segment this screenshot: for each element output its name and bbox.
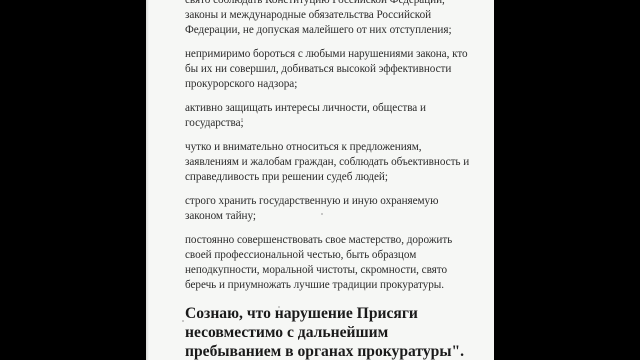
scan-speck: [182, 320, 184, 322]
paragraph-improve-mastery: постоянно совершенствовать свое мастерст…: [185, 233, 485, 293]
scan-speck: [241, 118, 243, 120]
scanned-page: свято соблюдать Конституцию Российской Ф…: [146, 0, 494, 360]
closing-statement: Сознаю, что нарушение Присяги несовмести…: [185, 304, 485, 360]
paragraph-citizen-appeals: чутко и внимательно относиться к предлож…: [185, 140, 485, 185]
paragraph-keep-secrets: строго хранить государственную и иную ох…: [185, 194, 485, 224]
oath-text: свято соблюдать Конституцию Российской Ф…: [185, 0, 485, 360]
document-viewer: свято соблюдать Конституцию Российской Ф…: [0, 0, 640, 360]
paragraph-fight-violations: непримиримо бороться с любыми нарушениям…: [185, 47, 485, 92]
scan-speck: [321, 213, 323, 215]
paragraph-protect-interests: активно защищать интересы личности, обще…: [185, 101, 485, 131]
scan-speck: [278, 306, 280, 308]
paragraph-constitution: свято соблюдать Конституцию Российской Ф…: [185, 0, 485, 38]
